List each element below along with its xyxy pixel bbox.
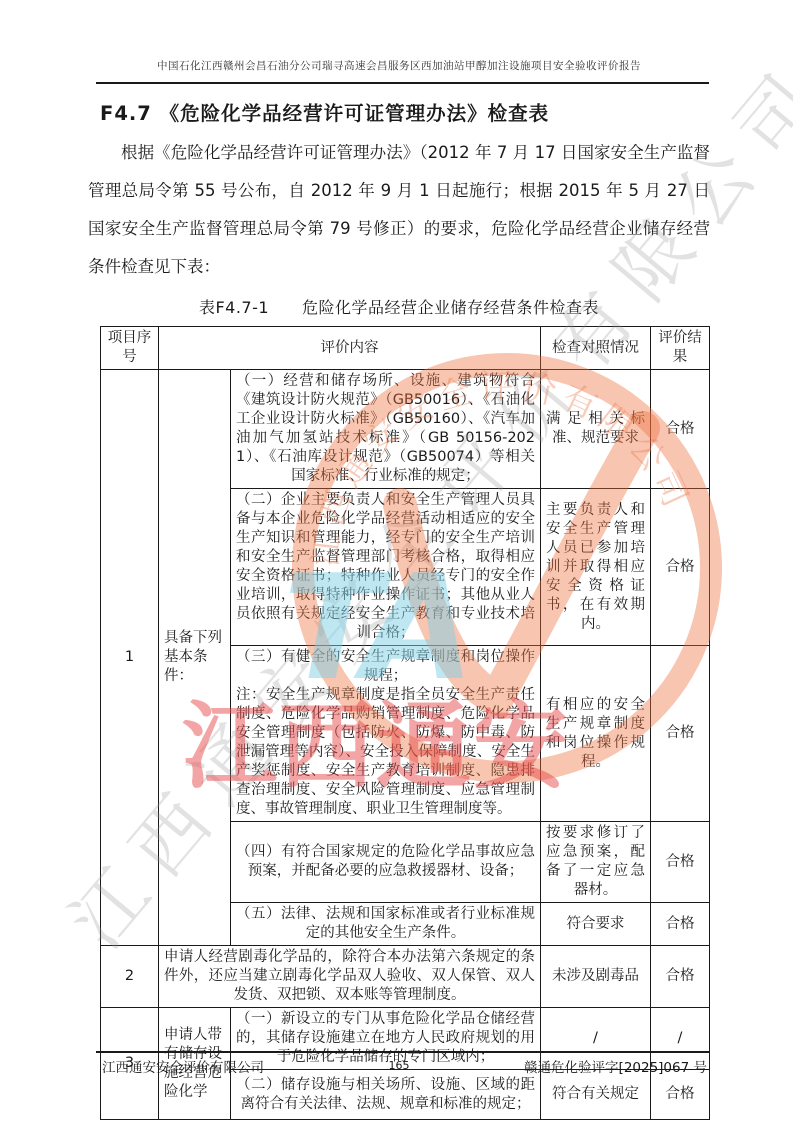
cell-result: 合格	[651, 646, 710, 822]
cell-check-status: 符合有关规定	[541, 1070, 651, 1120]
cell-eval-content: （五）法律、法规和国家标准或者行业标准规定的其他安全生产条件。	[231, 903, 541, 946]
table-row: 2 申请人经营剧毒化学品的，除符合本办法第六条规定的条件外，还应当建立剧毒化学品…	[101, 946, 710, 1008]
table-header-row: 项目序号 评价内容 检查对照情况 评价结果	[101, 327, 710, 370]
header-cell-item-no: 项目序号	[101, 327, 159, 370]
cell-check-status: 主要负责人和安全生产管理人员已参加培训并取得相应安全资格证书，在有效期内。	[541, 489, 651, 646]
eval-content-note: 注：安全生产规章制度是指全员安全生产责任制度、危险化学品购销管理制度、危险化学品…	[236, 686, 535, 819]
cell-result: 合格	[651, 822, 710, 903]
footer-doc-number: 赣通危化验评字[2025]067 号	[524, 1056, 707, 1076]
cell-result: 合格	[651, 946, 710, 1008]
cell-check-status: 满足相关标准、规范要求	[541, 370, 651, 489]
cell-eval-content: （二）企业主要负责人和安全生产管理人员具备与本企业危险化学品经营活动相适应的安全…	[231, 489, 541, 646]
cell-result: 合格	[651, 903, 710, 946]
cell-item-no-1: 1	[101, 370, 159, 946]
page: 中国石化江西赣州会昌石油分公司瑞寻高速会昌服务区西加油站甲醇加注设施项目安全验收…	[0, 0, 793, 1122]
cell-result: 合格	[651, 370, 710, 489]
main-content: F4.7 《危险化学品经营许可证管理办法》检查表 根据《危险化学品经营许可证管理…	[88, 94, 710, 1120]
cell-check-status: 按要求修订了应急预案，配备了一定应急器材。	[541, 822, 651, 903]
cell-eval-content: （二）储存设施与相关场所、设施、区域的距离符合有关法律、法规、规章和标准的规定；	[231, 1070, 541, 1120]
section-title: F4.7 《危险化学品经营许可证管理办法》检查表	[100, 98, 710, 126]
report-header-title: 中国石化江西赣州会昌石油分公司瑞寻高速会昌服务区西加油站甲醇加注设施项目安全验收…	[88, 58, 710, 73]
cell-check-status: 未涉及剧毒品	[541, 946, 651, 1008]
header-cell-eval-content: 评价内容	[159, 327, 541, 370]
table-row: 1 具备下列基本条件： （一）经营和储存场所、设施、建筑物符合《建筑设计防火规范…	[101, 370, 710, 489]
cell-item-label-1: 具备下列基本条件：	[159, 370, 231, 946]
footer-rule	[96, 1051, 709, 1053]
cell-result: 合格	[651, 1070, 710, 1120]
cell-eval-content: （三）有健全的安全生产规章制度和岗位操作规程； 注：安全生产规章制度是指全员安全…	[231, 646, 541, 822]
header-cell-result: 评价结果	[651, 327, 710, 370]
header-rule	[96, 82, 709, 84]
header-cell-check: 检查对照情况	[541, 327, 651, 370]
inspection-table: 项目序号 评价内容 检查对照情况 评价结果 1 具备下列基本条件： （一）经营和…	[100, 326, 710, 1120]
table-caption: 表F4.7-1 危险化学品经营企业储存经营条件检查表	[88, 295, 710, 318]
cell-result: 合格	[651, 489, 710, 646]
cell-eval-content: （一）经营和储存场所、设施、建筑物符合《建筑设计防火规范》（GB50016）、《…	[231, 370, 541, 489]
cell-check-status: 有相应的安全生产规章制度和岗位操作规程。	[541, 646, 651, 822]
cell-check-status: 符合要求	[541, 903, 651, 946]
intro-paragraph: 根据《危险化学品经营许可证管理办法》（2012 年 7 月 17 日国家安全生产…	[88, 134, 710, 286]
eval-content-main: （三）有健全的安全生产规章制度和岗位操作规程；	[236, 648, 535, 686]
cell-eval-content: （四）有符合国家规定的危险化学品事故应急预案，并配备必要的应急救援器材、设备；	[231, 822, 541, 903]
cell-item-no-2: 2	[101, 946, 159, 1008]
cell-eval-content: 申请人经营剧毒化学品的，除符合本办法第六条规定的条件外，还应当建立剧毒化学品双人…	[159, 946, 541, 1008]
